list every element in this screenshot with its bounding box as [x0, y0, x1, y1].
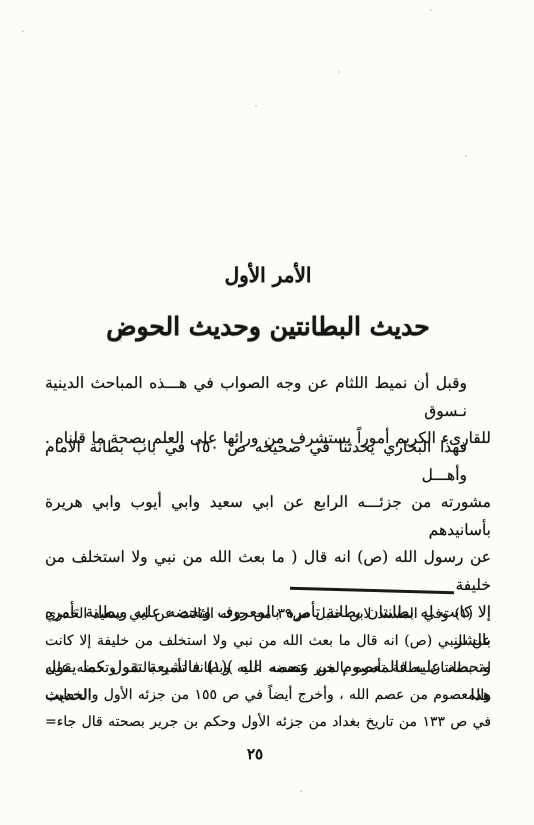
chapter-subtitle: حديث البطانتين وحديث الحوض	[45, 312, 491, 341]
body-line: وقبل أن نميط اللثام عن وجه الصواب في هــ…	[45, 370, 491, 425]
scan-speck	[465, 155, 467, 157]
scan-speck	[22, 30, 24, 32]
scan-speck	[255, 105, 257, 107]
body-line: مشورته من جزئـــه الرابع عن ابي سعيد واب…	[45, 489, 491, 544]
page-title: الأمر الأول	[45, 263, 491, 287]
page-number: ٢٥	[45, 745, 465, 763]
footnote-line: في ص ١٣٣ من تاريخ بغداد من جزئه الأول وح…	[45, 709, 491, 736]
scan-speck	[430, 9, 432, 11]
book-page: الأمر الأول حديث البطانتين وحديث الحوض و…	[0, 0, 534, 825]
scan-speck	[300, 790, 302, 792]
footnote-line: له بطانتان بطانة تأمره بالخير وتحضه عليه…	[45, 655, 491, 682]
footnote: (١) وفي المسند لابن حنبل ص٣٩ من جزئه الث…	[45, 601, 491, 736]
scan-speck	[338, 71, 340, 73]
footnote-line: عن النبي (ص) انه قال ما بعث الله من نبي …	[45, 628, 491, 655]
footnote-line: (١) وفي المسند لابن حنبل ص٣٩ من جزئه الث…	[45, 601, 491, 628]
footnote-line: والمعصوم من عصم الله ، وأخرج أيضاً في ص …	[45, 682, 491, 709]
body-line: فهذا البخاري يحدثنا في صحيحه ص ١٥٠ في با…	[45, 434, 491, 489]
